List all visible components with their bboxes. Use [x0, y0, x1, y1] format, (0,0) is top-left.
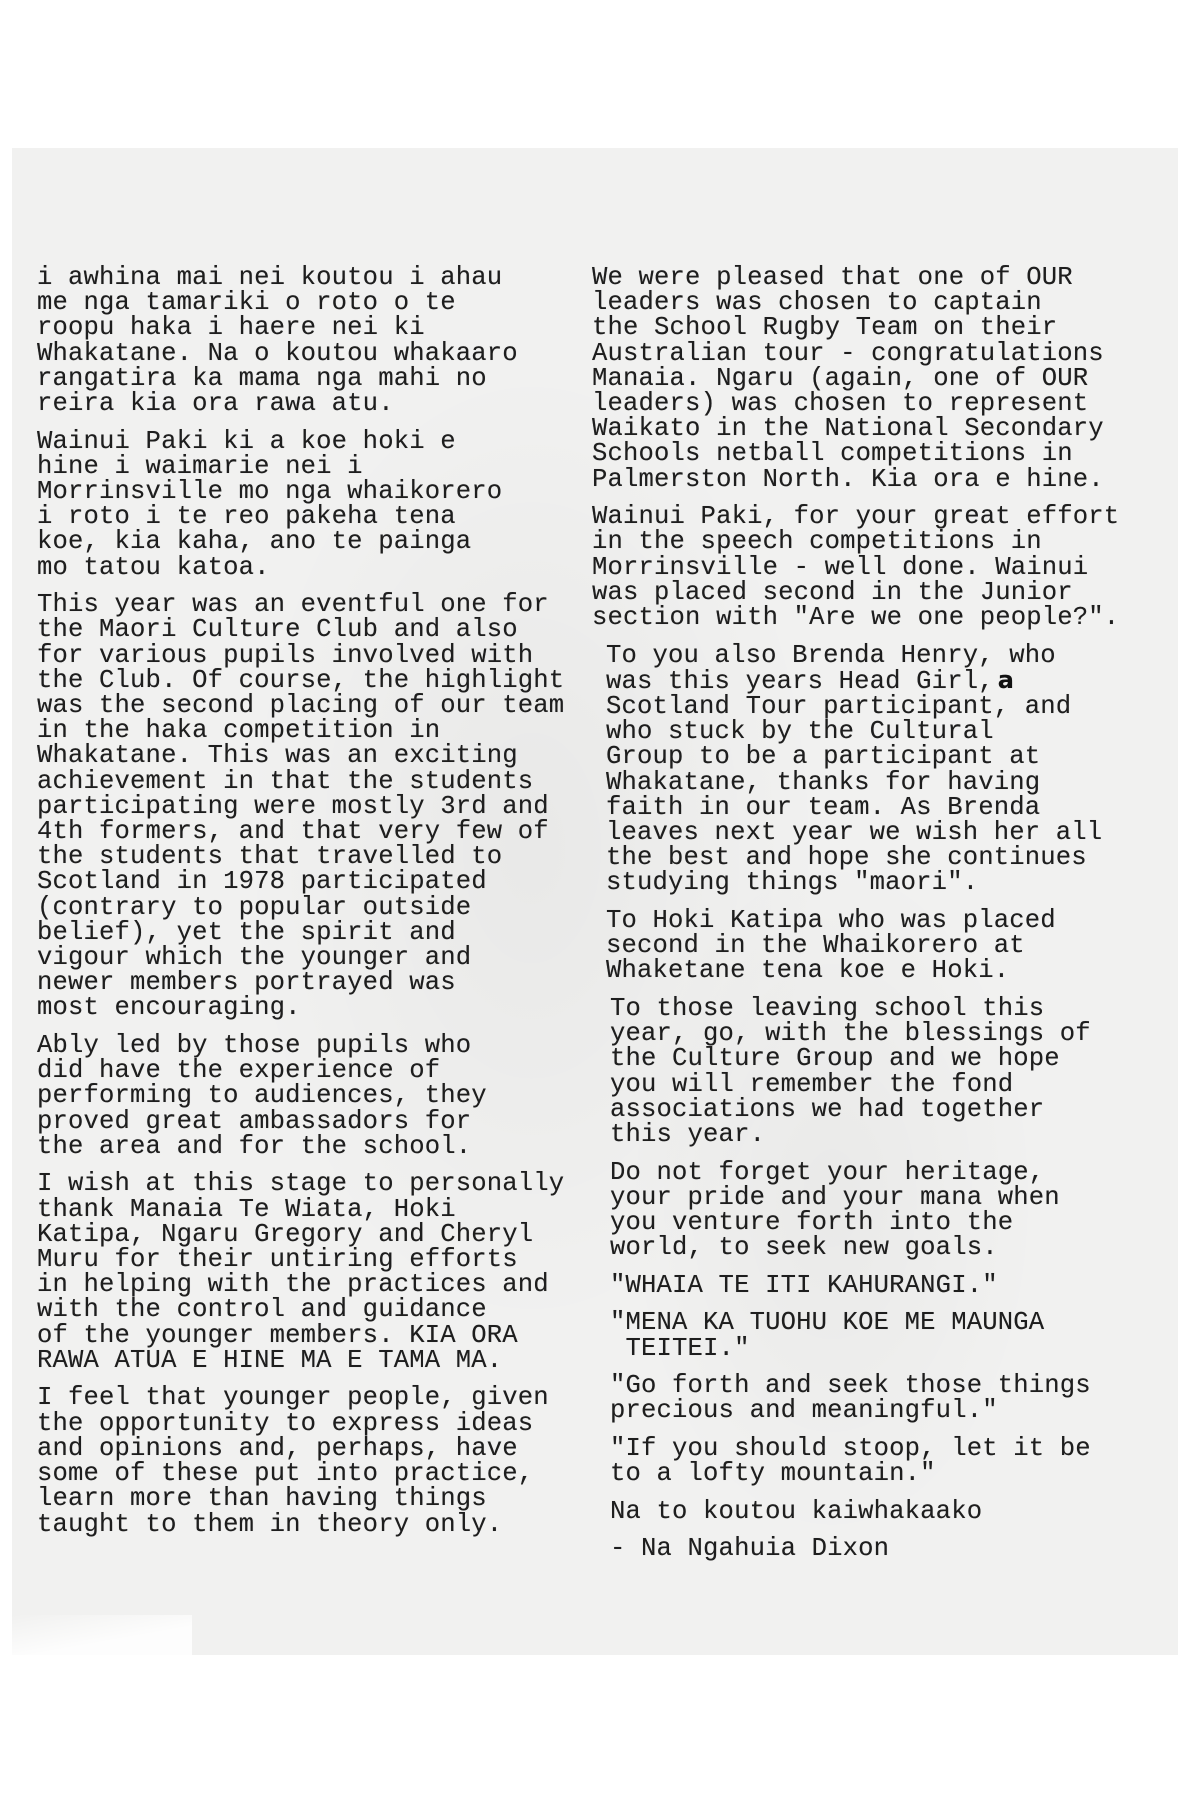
text-line: Whakatane, thanks for having	[606, 770, 1172, 795]
text-line: most encouraging.	[37, 995, 597, 1020]
text-line: I wish at this stage to personally	[37, 1171, 597, 1196]
text-line: learn more than having things	[37, 1486, 597, 1511]
text-line: did have the experience of	[37, 1058, 597, 1083]
text-line: of the younger members. KIA ORA	[37, 1323, 597, 1348]
proverb-2-maori: "MENA KA TUOHU KOE ME MAUNGA TEITEI."	[610, 1310, 1172, 1360]
text-line: belief), yet the spirit and	[37, 920, 597, 945]
text-line: i awhina mai nei koutou i ahau	[37, 265, 597, 290]
text-line: this year.	[610, 1122, 1172, 1147]
text-line: Waikato in the National Secondary	[592, 416, 1172, 441]
text-line: the area and for the school.	[37, 1134, 597, 1159]
text-line: i roto i te reo pakeha tena	[37, 504, 597, 529]
typewritten-page: i awhina mai nei koutou i ahaume nga tam…	[12, 148, 1178, 1655]
text-line: proved great ambassadors for	[37, 1109, 597, 1134]
text-line: you will remember the fond	[610, 1072, 1172, 1097]
text-line: RAWA ATUA E HINE MA E TAMA MA.	[37, 1348, 597, 1373]
signoff-line: Na to koutou kaiwhakaako	[610, 1499, 1172, 1524]
paragraph-brenda-henry: To you also Brenda Henry, whowas this ye…	[606, 643, 1172, 896]
text-line: the Maori Culture Club and also	[37, 617, 597, 642]
text-line: in helping with the practices and	[37, 1272, 597, 1297]
text-line: - Na Ngahuia Dixon	[610, 1536, 1172, 1561]
text-line: year, go, with the blessings of	[610, 1021, 1172, 1046]
proverb-1-english: "Go forth and seek those thingsprecious …	[610, 1373, 1172, 1423]
text-line: participating were mostly 3rd and	[37, 794, 597, 819]
text-line: newer members portrayed was	[37, 970, 597, 995]
text-line: hine i waimarie nei i	[37, 454, 597, 479]
text-line: was this years Head Girl,a	[606, 668, 1172, 694]
text-line: Manaia. Ngaru (again, one of OUR	[592, 366, 1172, 391]
text-line: "WHAIA TE ITI KAHURANGI."	[610, 1273, 1172, 1298]
paragraph-younger-people: I feel that younger people, giventhe opp…	[37, 1385, 597, 1536]
text-line: some of these put into practice,	[37, 1461, 597, 1486]
text-line: "MENA KA TUOHU KOE ME MAUNGA	[610, 1310, 1172, 1335]
text-line: the students that travelled to	[37, 844, 597, 869]
text-line: rangatira ka mama nga mahi no	[37, 366, 597, 391]
paragraph-maori-thanks: i awhina mai nei koutou i ahaume nga tam…	[37, 265, 597, 416]
paragraph-leaving-school: To those leaving school thisyear, go, wi…	[610, 996, 1172, 1147]
text-line: second in the Whaikorero at	[606, 933, 1172, 958]
text-line: to a lofty mountain."	[610, 1461, 1172, 1486]
text-line: reira kia ora rawa atu.	[37, 391, 597, 416]
text-line: TEITEI."	[610, 1336, 1172, 1361]
text-line: with the control and guidance	[37, 1297, 597, 1322]
text-line: the School Rugby Team on their	[592, 315, 1172, 340]
paragraph-wainui-maori: Wainui Paki ki a koe hoki ehine i waimar…	[37, 429, 597, 580]
handwritten-insertion: a	[998, 666, 1014, 694]
text-line: This year was an eventful one for	[37, 592, 597, 617]
text-line: To you also Brenda Henry, who	[606, 643, 1172, 668]
text-line: was placed second in the Junior	[592, 580, 1172, 605]
text-line: Morrinsville - well done. Wainui	[592, 555, 1172, 580]
text-line: associations we had together	[610, 1097, 1172, 1122]
text-line: thank Manaia Te Wiata, Hoki	[37, 1197, 597, 1222]
proverb-1-maori: "WHAIA TE ITI KAHURANGI."	[610, 1273, 1172, 1298]
text-line: faith in our team. As Brenda	[606, 795, 1172, 820]
text-line: achievement in that the students	[37, 769, 597, 794]
text-line: world, to seek new goals.	[610, 1235, 1172, 1260]
text-line: Whakatane. Na o koutou whakaaro	[37, 341, 597, 366]
text-line: I feel that younger people, given	[37, 1385, 597, 1410]
paragraph-hoki-katipa: To Hoki Katipa who was placedsecond in t…	[606, 908, 1172, 984]
text-line: Muru for their untiring efforts	[37, 1247, 597, 1272]
text-line: and opinions and, perhaps, have	[37, 1436, 597, 1461]
text-line: Schools netball competitions in	[592, 441, 1172, 466]
text-line: koe, kia kaha, ano te painga	[37, 529, 597, 554]
text-line: Group to be a participant at	[606, 744, 1172, 769]
text-line: To Hoki Katipa who was placed	[606, 908, 1172, 933]
paragraph-wainui-speech: Wainui Paki, for your great effortin the…	[592, 504, 1172, 630]
text-line: We were pleased that one of OUR	[592, 265, 1172, 290]
text-line: Wainui Paki, for your great effort	[592, 504, 1172, 529]
text-line: 4th formers, and that very few of	[37, 819, 597, 844]
text-line: the opportunity to express ideas	[37, 1411, 597, 1436]
text-line: leaders was chosen to captain	[592, 290, 1172, 315]
text-line: studying things "maori".	[606, 870, 1172, 895]
text-line: Na to koutou kaiwhakaako	[610, 1499, 1172, 1524]
text-line: Morrinsville mo nga whaikorero	[37, 479, 597, 504]
paragraph-eventful-year: This year was an eventful one forthe Mao…	[37, 592, 597, 1020]
paragraph-rugby-netball: We were pleased that one of OURleaders w…	[592, 265, 1172, 492]
proverb-2-english: "If you should stoop, let it beto a loft…	[610, 1436, 1172, 1486]
right-column: We were pleased that one of OURleaders w…	[592, 265, 1172, 1574]
text-line: the Club. Of course, the highlight	[37, 668, 597, 693]
text-line: mo tatou katoa.	[37, 555, 597, 580]
text-line: in the speech competitions in	[592, 529, 1172, 554]
paragraph-personal-thanks: I wish at this stage to personallythank …	[37, 1171, 597, 1373]
text-line: Whaketane tena koe e Hoki.	[606, 958, 1172, 983]
text-line: your pride and your mana when	[610, 1185, 1172, 1210]
text-line: leaders) was chosen to represent	[592, 391, 1172, 416]
text-line: Whakatane. This was an exciting	[37, 743, 597, 768]
text-line: the Culture Group and we hope	[610, 1046, 1172, 1071]
text-line: Ably led by those pupils who	[37, 1033, 597, 1058]
paragraph-ably-led: Ably led by those pupils whodid have the…	[37, 1033, 597, 1159]
text-line: To those leaving school this	[610, 996, 1172, 1021]
text-line: Wainui Paki ki a koe hoki e	[37, 429, 597, 454]
text-line: for various pupils involved with	[37, 643, 597, 668]
text-line: roopu haka i haere nei ki	[37, 315, 597, 340]
text-line: Do not forget your heritage,	[610, 1160, 1172, 1185]
text-line: taught to them in theory only.	[37, 1512, 597, 1537]
text-line: vigour which the younger and	[37, 945, 597, 970]
text-line: who stuck by the Cultural	[606, 719, 1172, 744]
text-line: you venture forth into the	[610, 1210, 1172, 1235]
text-line: Australian tour - congratulations	[592, 341, 1172, 366]
text-line: Scotland in 1978 participated	[37, 869, 597, 894]
paragraph-heritage: Do not forget your heritage,your pride a…	[610, 1160, 1172, 1261]
text-line: "Go forth and seek those things	[610, 1373, 1172, 1398]
text-line: performing to audiences, they	[37, 1083, 597, 1108]
text-line: (contrary to popular outside	[37, 895, 597, 920]
text-line: me nga tamariki o roto o te	[37, 290, 597, 315]
text-line: precious and meaningful."	[610, 1398, 1172, 1423]
text-line: section with "Are we one people?".	[592, 605, 1172, 630]
text-line: the best and hope she continues	[606, 845, 1172, 870]
text-line: in the haka competition in	[37, 718, 597, 743]
text-line: leaves next year we wish her all	[606, 820, 1172, 845]
left-column: i awhina mai nei koutou i ahaume nga tam…	[37, 265, 597, 1549]
text-line: "If you should stoop, let it be	[610, 1436, 1172, 1461]
text-line: was the second placing of our team	[37, 693, 597, 718]
text-line: Palmerston North. Kia ora e hine.	[592, 467, 1172, 492]
text-line: Katipa, Ngaru Gregory and Cheryl	[37, 1222, 597, 1247]
text-line: Scotland Tour participant, and	[606, 694, 1172, 719]
signature-line: - Na Ngahuia Dixon	[610, 1536, 1172, 1561]
